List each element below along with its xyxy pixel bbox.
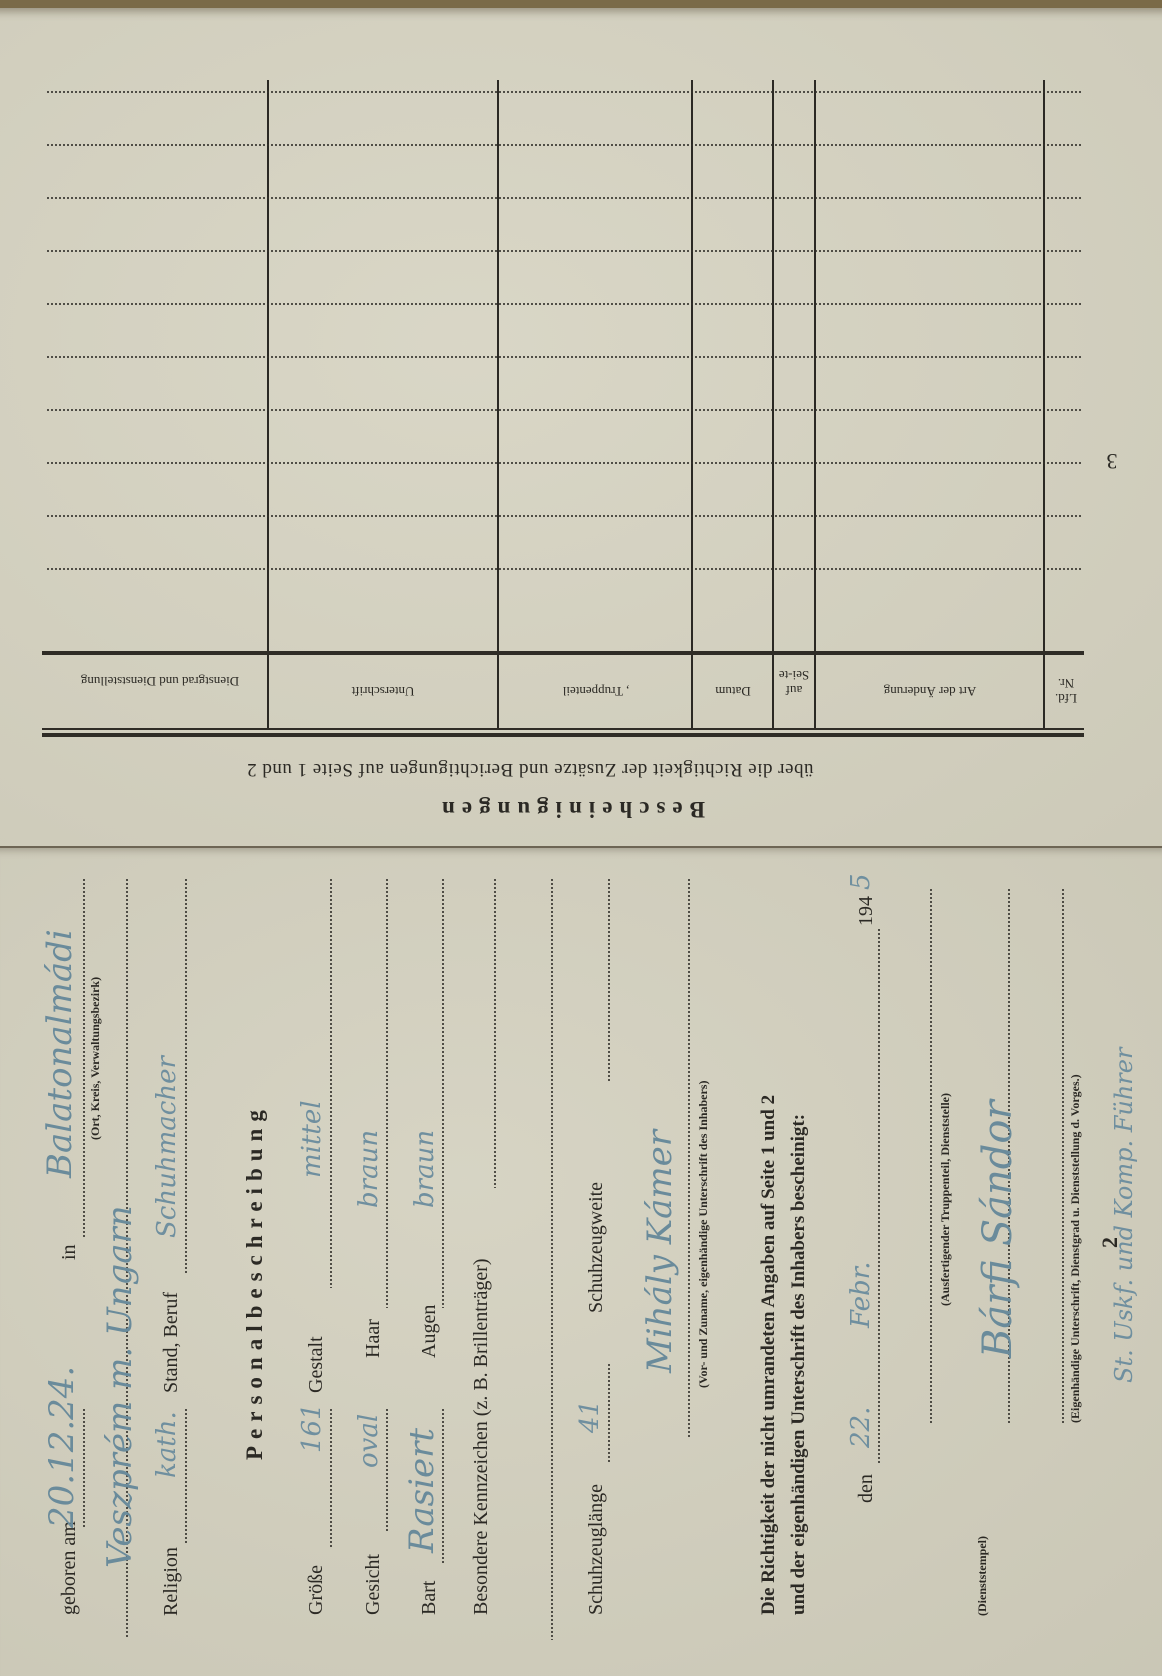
label-schuhzeugweite: Schuhzeugweite bbox=[585, 1182, 608, 1313]
table-row-line bbox=[46, 356, 1081, 358]
header-column-divider bbox=[1043, 655, 1045, 728]
section-title-personalbeschreibung: Personalbeschreibung bbox=[242, 1103, 268, 1460]
hint-issuing-unit: (Ausfertigender Truppenteil, Dienststell… bbox=[938, 1093, 953, 1306]
label-geboren-am: geboren am bbox=[58, 1521, 81, 1615]
value-beruf: Schuhmacher bbox=[152, 1056, 182, 1238]
value-date-day: 22. bbox=[846, 1407, 876, 1448]
label-year-prefix: 194 bbox=[855, 896, 878, 926]
table-row-line bbox=[46, 250, 1081, 252]
dotted-line-gesicht bbox=[386, 1408, 388, 1533]
column-header-lfd-nr: Lfd. Nr. bbox=[1048, 676, 1084, 706]
officer-signature: Bárfi Sándor bbox=[975, 1100, 1021, 1358]
column-header-datum: Datum bbox=[696, 684, 770, 699]
value-gestalt: mittel bbox=[297, 1100, 327, 1178]
officer-rank: St. Uskf. und Komp. Führer bbox=[1110, 1048, 1138, 1383]
dotted-line-geboren bbox=[83, 1408, 85, 1528]
header-column-divider bbox=[814, 655, 816, 728]
dotted-line-gestalt bbox=[330, 878, 332, 1288]
table-header-rule bbox=[42, 651, 1084, 655]
column-header-art-der-aenderung: Art der Änderung bbox=[820, 684, 1040, 699]
value-ort-line2: Veszprém m. Ungarn bbox=[100, 1205, 140, 1568]
label-augen: Augen bbox=[418, 1305, 441, 1358]
label-besondere-kennzeichen: Besondere Kennzeichen (z. B. Brillenträg… bbox=[470, 1258, 493, 1615]
certification-text-line1: Die Richtigkeit der nicht umrandeten Ang… bbox=[758, 1095, 780, 1615]
dotted-line-holder-signature bbox=[688, 878, 690, 1438]
value-year-suffix: 5 bbox=[846, 873, 876, 890]
value-ort: Balatonalmádi bbox=[40, 929, 80, 1178]
certifications-subtitle: über die Richtigkeit der Zusätze und Ber… bbox=[150, 758, 910, 780]
value-gesicht: oval bbox=[354, 1414, 384, 1468]
table-row-line bbox=[46, 568, 1081, 570]
dotted-line-schuhzeuglaenge bbox=[608, 1363, 610, 1463]
table-row-line bbox=[46, 197, 1081, 199]
dotted-line-issuing-unit bbox=[930, 888, 932, 1423]
value-haar: braun bbox=[354, 1130, 384, 1208]
dotted-line-officer-rank bbox=[1062, 888, 1064, 1423]
dotted-line-religion bbox=[185, 1408, 187, 1543]
value-geboren-am: 20.12.24. bbox=[42, 1366, 82, 1528]
table-row-line bbox=[46, 303, 1081, 305]
dotted-line-bart bbox=[442, 1408, 444, 1563]
table-header-rule bbox=[42, 733, 1084, 737]
dotted-line-date bbox=[878, 928, 880, 1463]
table-row-line bbox=[46, 515, 1081, 517]
dotted-line-haar bbox=[386, 878, 388, 1308]
table-row-line bbox=[46, 91, 1081, 93]
table-header-rule bbox=[42, 728, 1084, 730]
column-header-dienstgrad: Dienstgrad und Dienststellung bbox=[60, 674, 260, 689]
hint-holder-signature: (Vor- und Zuname, eigenhändige Unterschr… bbox=[696, 1081, 711, 1388]
label-dienststempel: (Dienststempel) bbox=[975, 1536, 990, 1616]
header-column-divider bbox=[772, 655, 774, 728]
label-gesicht: Gesicht bbox=[362, 1554, 385, 1615]
label-haar: Haar bbox=[362, 1319, 385, 1358]
dotted-line-besondere-2 bbox=[551, 878, 553, 1640]
label-groesse: Größe bbox=[305, 1565, 328, 1615]
hint-officer: (Eigenhändige Unterschrift, Dienstgrad u… bbox=[1068, 1074, 1083, 1423]
value-date-month: Febr. bbox=[846, 1262, 876, 1329]
holder-signature: Mihály Kámer bbox=[640, 1130, 680, 1373]
label-schuhzeuglaenge: Schuhzeuglänge bbox=[585, 1484, 608, 1615]
label-den: den bbox=[855, 1474, 878, 1503]
value-bart: Rasiert bbox=[402, 1428, 442, 1553]
dotted-line-beruf bbox=[185, 878, 187, 1273]
label-gestalt: Gestalt bbox=[305, 1336, 328, 1393]
column-header-auf-seite: auf Sei-te bbox=[776, 668, 812, 698]
table-row-line bbox=[46, 144, 1081, 146]
column-header-truppenteil: , Truppenteil bbox=[502, 684, 690, 699]
bottom-page-personal-description: geboren am 20.12.24. in Balatonalmádi (O… bbox=[0, 848, 1162, 1676]
value-groesse: 161 bbox=[297, 1403, 327, 1453]
certification-text-line2: und der eigenhändigen Unterschrift des I… bbox=[788, 1114, 810, 1615]
dotted-line-schuhzeugweite bbox=[608, 878, 610, 1083]
label-bart: Bart bbox=[418, 1581, 441, 1615]
table-row-line bbox=[46, 409, 1081, 411]
dotted-line-ort bbox=[83, 878, 85, 1238]
header-column-divider bbox=[497, 655, 499, 728]
dotted-line-groesse bbox=[330, 1408, 332, 1548]
value-religion: kath. bbox=[152, 1411, 182, 1478]
page-number-3: 3 bbox=[1100, 448, 1124, 474]
header-column-divider bbox=[691, 655, 693, 728]
hint-ort-kreis: (Ort, Kreis, Verwaltungsbezirk) bbox=[88, 977, 103, 1140]
header-column-divider bbox=[267, 655, 269, 728]
label-religion: Religion bbox=[160, 1547, 183, 1616]
label-stand-beruf: Stand, Beruf bbox=[160, 1292, 183, 1393]
table-row-line bbox=[46, 462, 1081, 464]
certifications-title: Bescheinigungen bbox=[390, 796, 750, 822]
value-augen: braun bbox=[410, 1130, 440, 1208]
value-schuhzeuglaenge: 41 bbox=[575, 1400, 605, 1433]
column-header-unterschrift: Unterschrift bbox=[272, 684, 494, 699]
label-in: in bbox=[58, 1244, 81, 1260]
dotted-line-besondere bbox=[494, 878, 496, 1188]
top-page-certifications: Lfd. Nr. Art der Änderung auf Sei-te Dat… bbox=[0, 8, 1162, 848]
dotted-line-augen bbox=[442, 878, 444, 1308]
